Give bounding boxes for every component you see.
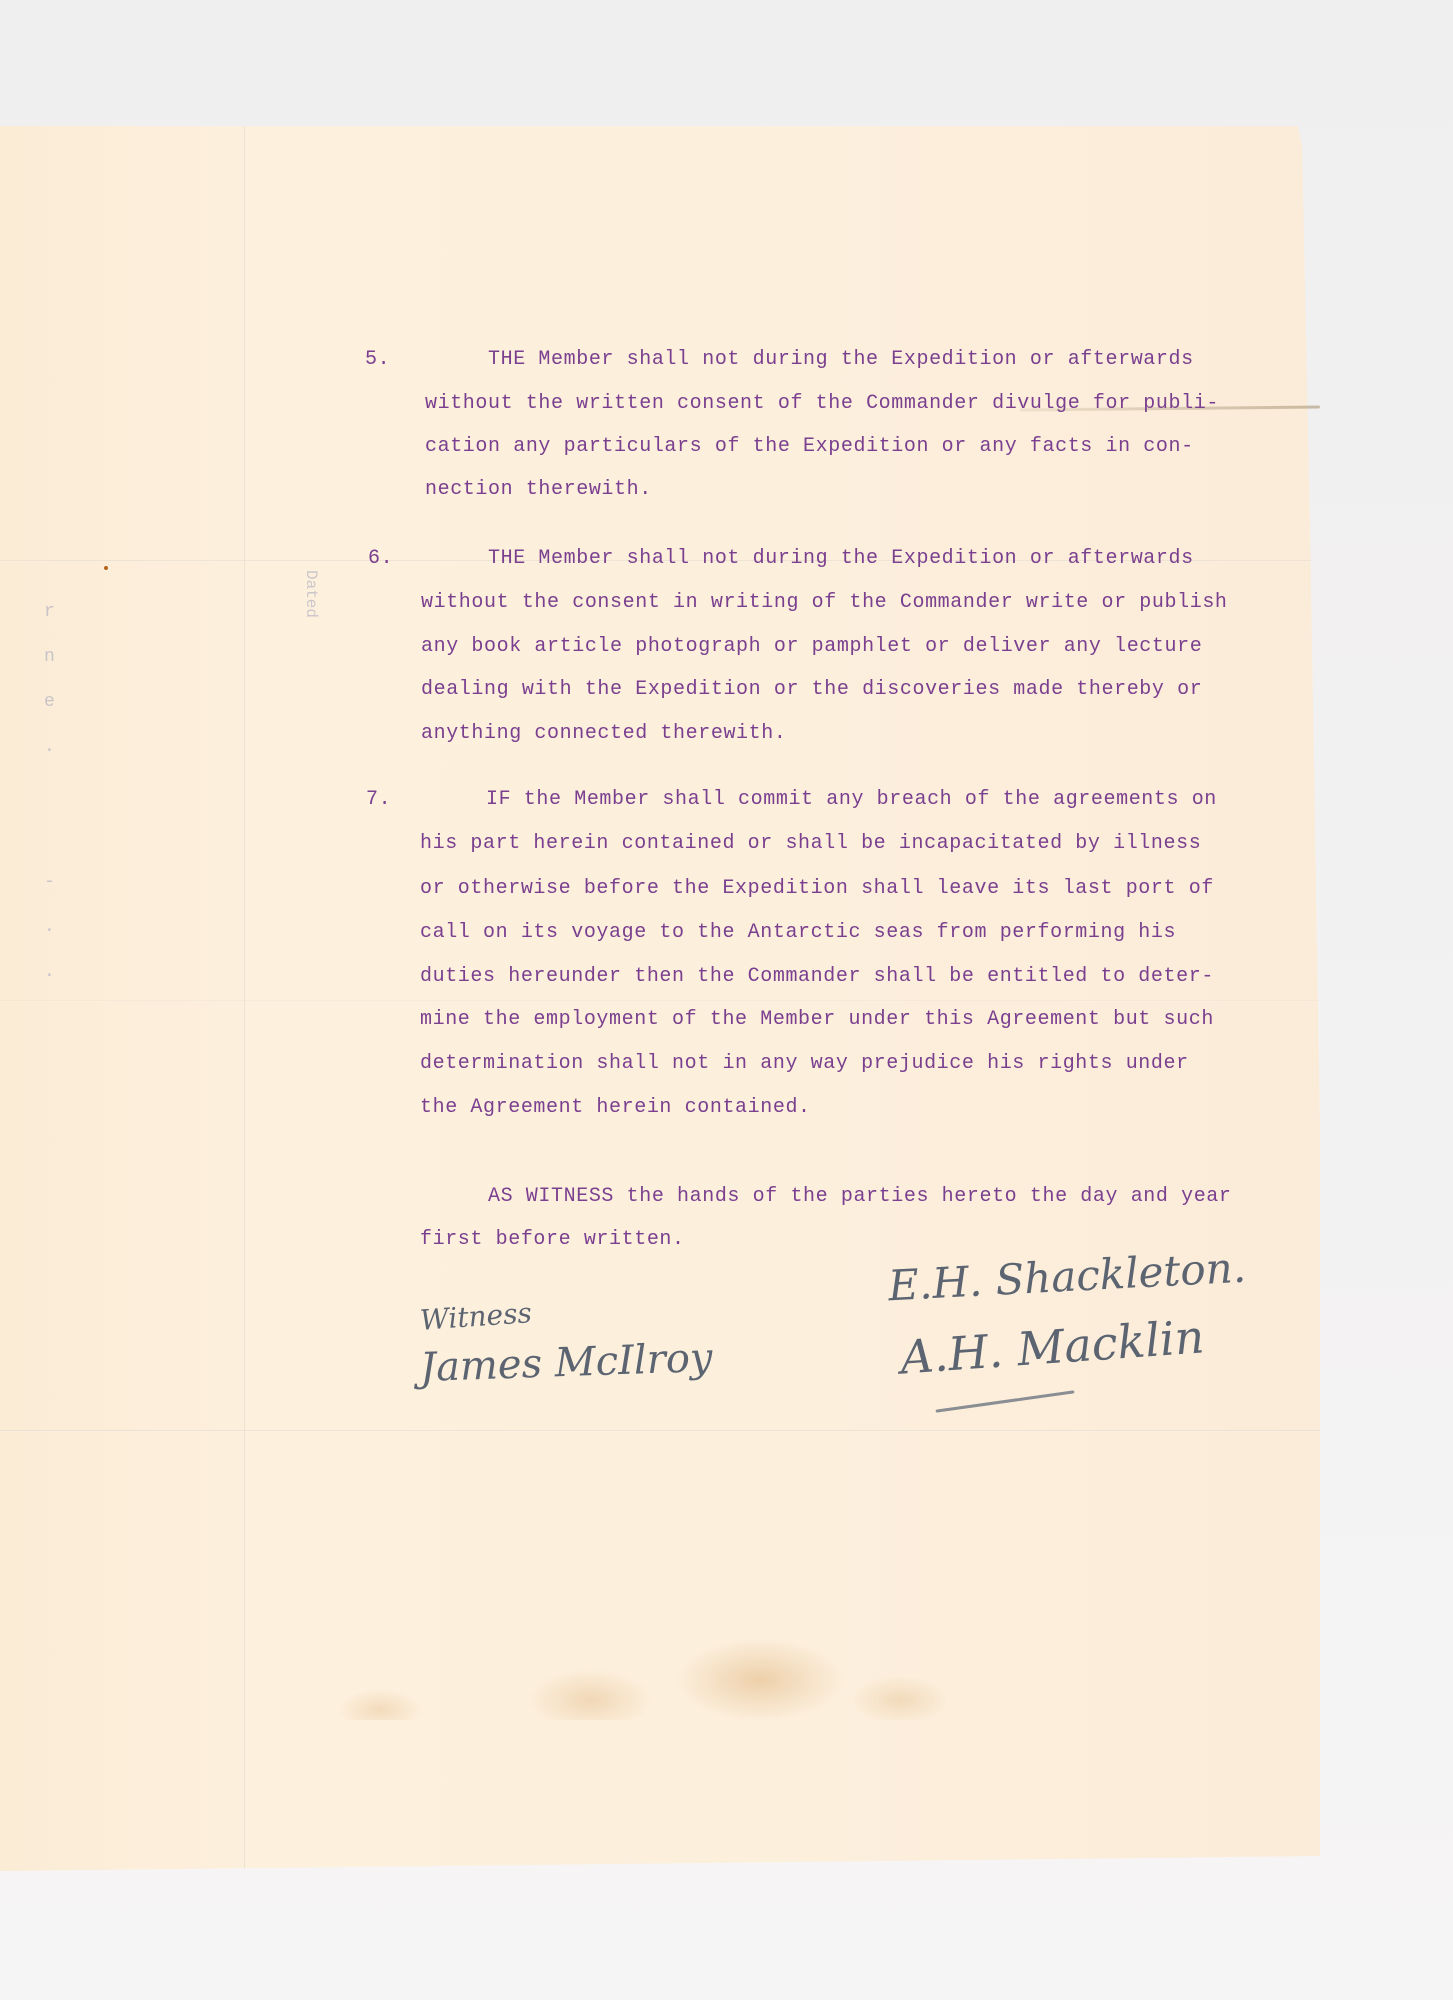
clause-line: determination shall not in any way preju… — [420, 1052, 1189, 1075]
clause-line: dealing with the Expedition or the disco… — [421, 678, 1202, 701]
clause-number: 6. — [368, 547, 393, 570]
show-through-marks: rne.-.. — [44, 590, 55, 995]
clause-line: nection therewith. — [425, 478, 652, 501]
witness-line: AS WITNESS the hands of the parties here… — [488, 1185, 1232, 1208]
clause-number: 7. — [366, 788, 391, 811]
clause-line: his part herein contained or shall be in… — [420, 832, 1201, 855]
horizontal-fold-crease — [0, 1430, 1320, 1432]
clause-line: or otherwise before the Expedition shall… — [420, 877, 1214, 900]
clause-line: mine the employment of the Member under … — [420, 1008, 1214, 1031]
clause-line: without the written consent of the Comma… — [425, 392, 1219, 415]
clause-line: THE Member shall not during the Expediti… — [488, 547, 1194, 570]
clause-line: cation any particulars of the Expedition… — [425, 435, 1194, 458]
rust-spot — [104, 566, 108, 570]
clause-line: any book article photograph or pamphlet … — [421, 635, 1202, 658]
clause-line: THE Member shall not during the Expediti… — [488, 348, 1194, 371]
clause-number: 5. — [365, 348, 390, 371]
water-stain — [340, 1590, 960, 1720]
clause-line: IF the Member shall commit any breach of… — [486, 788, 1217, 811]
witness-line: first before written. — [420, 1228, 685, 1251]
show-through-stamp: Dated — [302, 570, 320, 618]
clause-line: call on its voyage to the Antarctic seas… — [420, 921, 1176, 944]
clause-line: without the consent in writing of the Co… — [421, 591, 1228, 614]
clause-line: the Agreement herein contained. — [420, 1096, 811, 1119]
clause-line: duties hereunder then the Commander shal… — [420, 965, 1214, 988]
clause-line: anything connected therewith. — [421, 722, 786, 745]
horizontal-fold-crease — [0, 1000, 1320, 1002]
vertical-fold-crease — [244, 126, 246, 1871]
